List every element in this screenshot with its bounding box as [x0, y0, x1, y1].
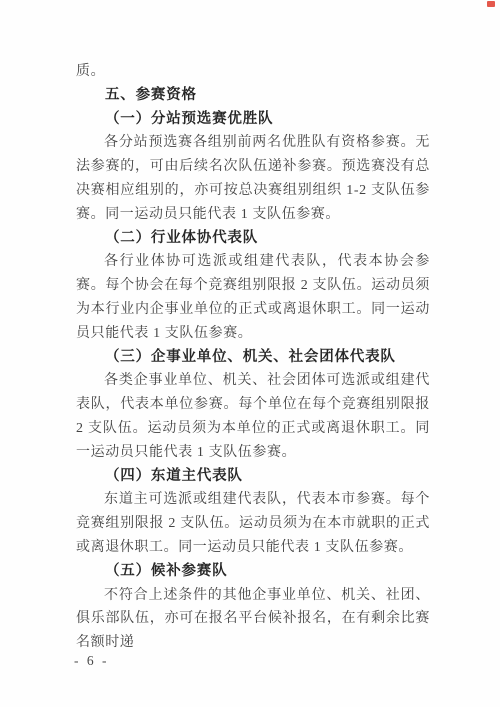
carryover-text-fragment: 质。: [76, 60, 430, 84]
page-number: - 6 -: [74, 653, 109, 669]
document-page: 质。 五、参赛资格 （一）分站预选赛优胜队 各分站预选赛各组别前两名优胜队有资格…: [0, 0, 500, 707]
subsection-heading-4: （四）东道主代表队: [76, 465, 430, 489]
section-title: 五、参赛资格: [76, 84, 430, 108]
subsection-heading-5: （五）候补参赛队: [76, 560, 430, 584]
subsection-heading-2: （二）行业体协代表队: [76, 227, 430, 251]
subsection-body-4: 东道主可选派或组建代表队，代表本市参赛。每个竞赛组别限报 2 支队伍。运动员须为…: [76, 488, 430, 559]
subsection-body-5: 不符合上述条件的其他企事业单位、机关、社团、俱乐部队伍，亦可在报名平台候补报名，…: [76, 584, 430, 655]
subsection-body-3: 各类企事业单位、机关、社会团体可选派或组建代表队，代表本单位参赛。每个单位在每个…: [76, 369, 430, 464]
subsection-body-1: 各分站预选赛各组别前两名优胜队有资格参赛。无法参赛的，可由后续名次队伍递补参赛。…: [76, 131, 430, 226]
subsection-body-2: 各行业体协可选派或组建代表队，代表本协会参赛。每个协会在每个竞赛组别限报 2 支…: [76, 250, 430, 345]
subsection-heading-3: （三）企事业单位、机关、社会团体代表队: [76, 346, 430, 370]
document-content: 质。 五、参赛资格 （一）分站预选赛优胜队 各分站预选赛各组别前两名优胜队有资格…: [76, 60, 430, 655]
scan-corner-mark: [487, 1, 495, 7]
subsection-heading-1: （一）分站预选赛优胜队: [76, 108, 430, 132]
